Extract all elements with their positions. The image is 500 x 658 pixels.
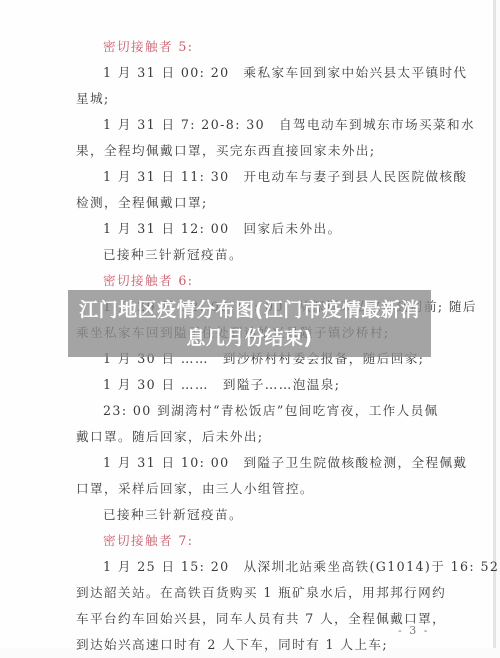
contact-heading-7: 密切接触者 7: (76, 528, 436, 554)
doc-line: 已接种三针新冠疫苗。 (76, 242, 436, 268)
doc-line: 口罩，采样后回家，由三人小组管控。 (76, 476, 436, 502)
doc-line: 1 月 31 日 10: 00 到隘子卫生院做核酸检测，全程佩戴 (76, 450, 436, 476)
doc-line: 23: 00 到湖湾村“青松饭店”包间吃宵夜，工作人员佩 (76, 398, 436, 424)
doc-line: 到达韶关站。在高铁百货购买 1 瓶矿泉水后，用邦邦行网约 (76, 580, 436, 606)
doc-line: 1 月 25 日 15: 20 从深圳北站乘坐高铁(G1014)于 16: 52 (76, 554, 436, 580)
doc-line: 1 月 31 日 11: 30 开电动车与妻子到县人民医院做核酸 (76, 164, 436, 190)
overlay-title: 江门地区疫情分布图(江门市疫情最新消息几月份结束) (75, 296, 425, 352)
doc-line: 1 月 31 日 12: 00 回家后未外出。 (76, 216, 436, 242)
doc-line: 已接种三针新冠疫苗。 (76, 502, 436, 528)
document-page: 密切接触者 5: 1 月 31 日 00: 20 乘私家车回到家中始兴县太平镇时… (0, 0, 496, 648)
doc-line: 星城; (76, 86, 436, 112)
doc-line: 果，全程均佩戴口罩，买完东西直接回家未外出; (76, 138, 436, 164)
title-overlay-banner: 江门地区疫情分布图(江门市疫情最新消息几月份结束) (68, 290, 431, 357)
page-number: - 3 - (398, 624, 429, 637)
doc-line: 1 月 31 日 00: 20 乘私家车回到家中始兴县太平镇时代 (76, 60, 436, 86)
doc-line: 检测，全程佩戴口罩; (76, 190, 436, 216)
doc-line: 到达始兴高速口时有 2 人下车，同时有 1 人上车; (76, 632, 436, 648)
doc-line: 戴口罩。随后回家，后未外出; (76, 424, 436, 450)
contact-heading-5: 密切接触者 5: (76, 34, 436, 60)
doc-line: 车平台约车回始兴县，同车人员有共 7 人，全程佩戴口罩， (76, 606, 436, 632)
doc-line: 1 月 30 日 …… 到隘子……泡温泉; (76, 372, 436, 398)
doc-line: 1 月 31 日 7: 20-8: 30 自驾电动车到城东市场买菜和水 (76, 112, 436, 138)
